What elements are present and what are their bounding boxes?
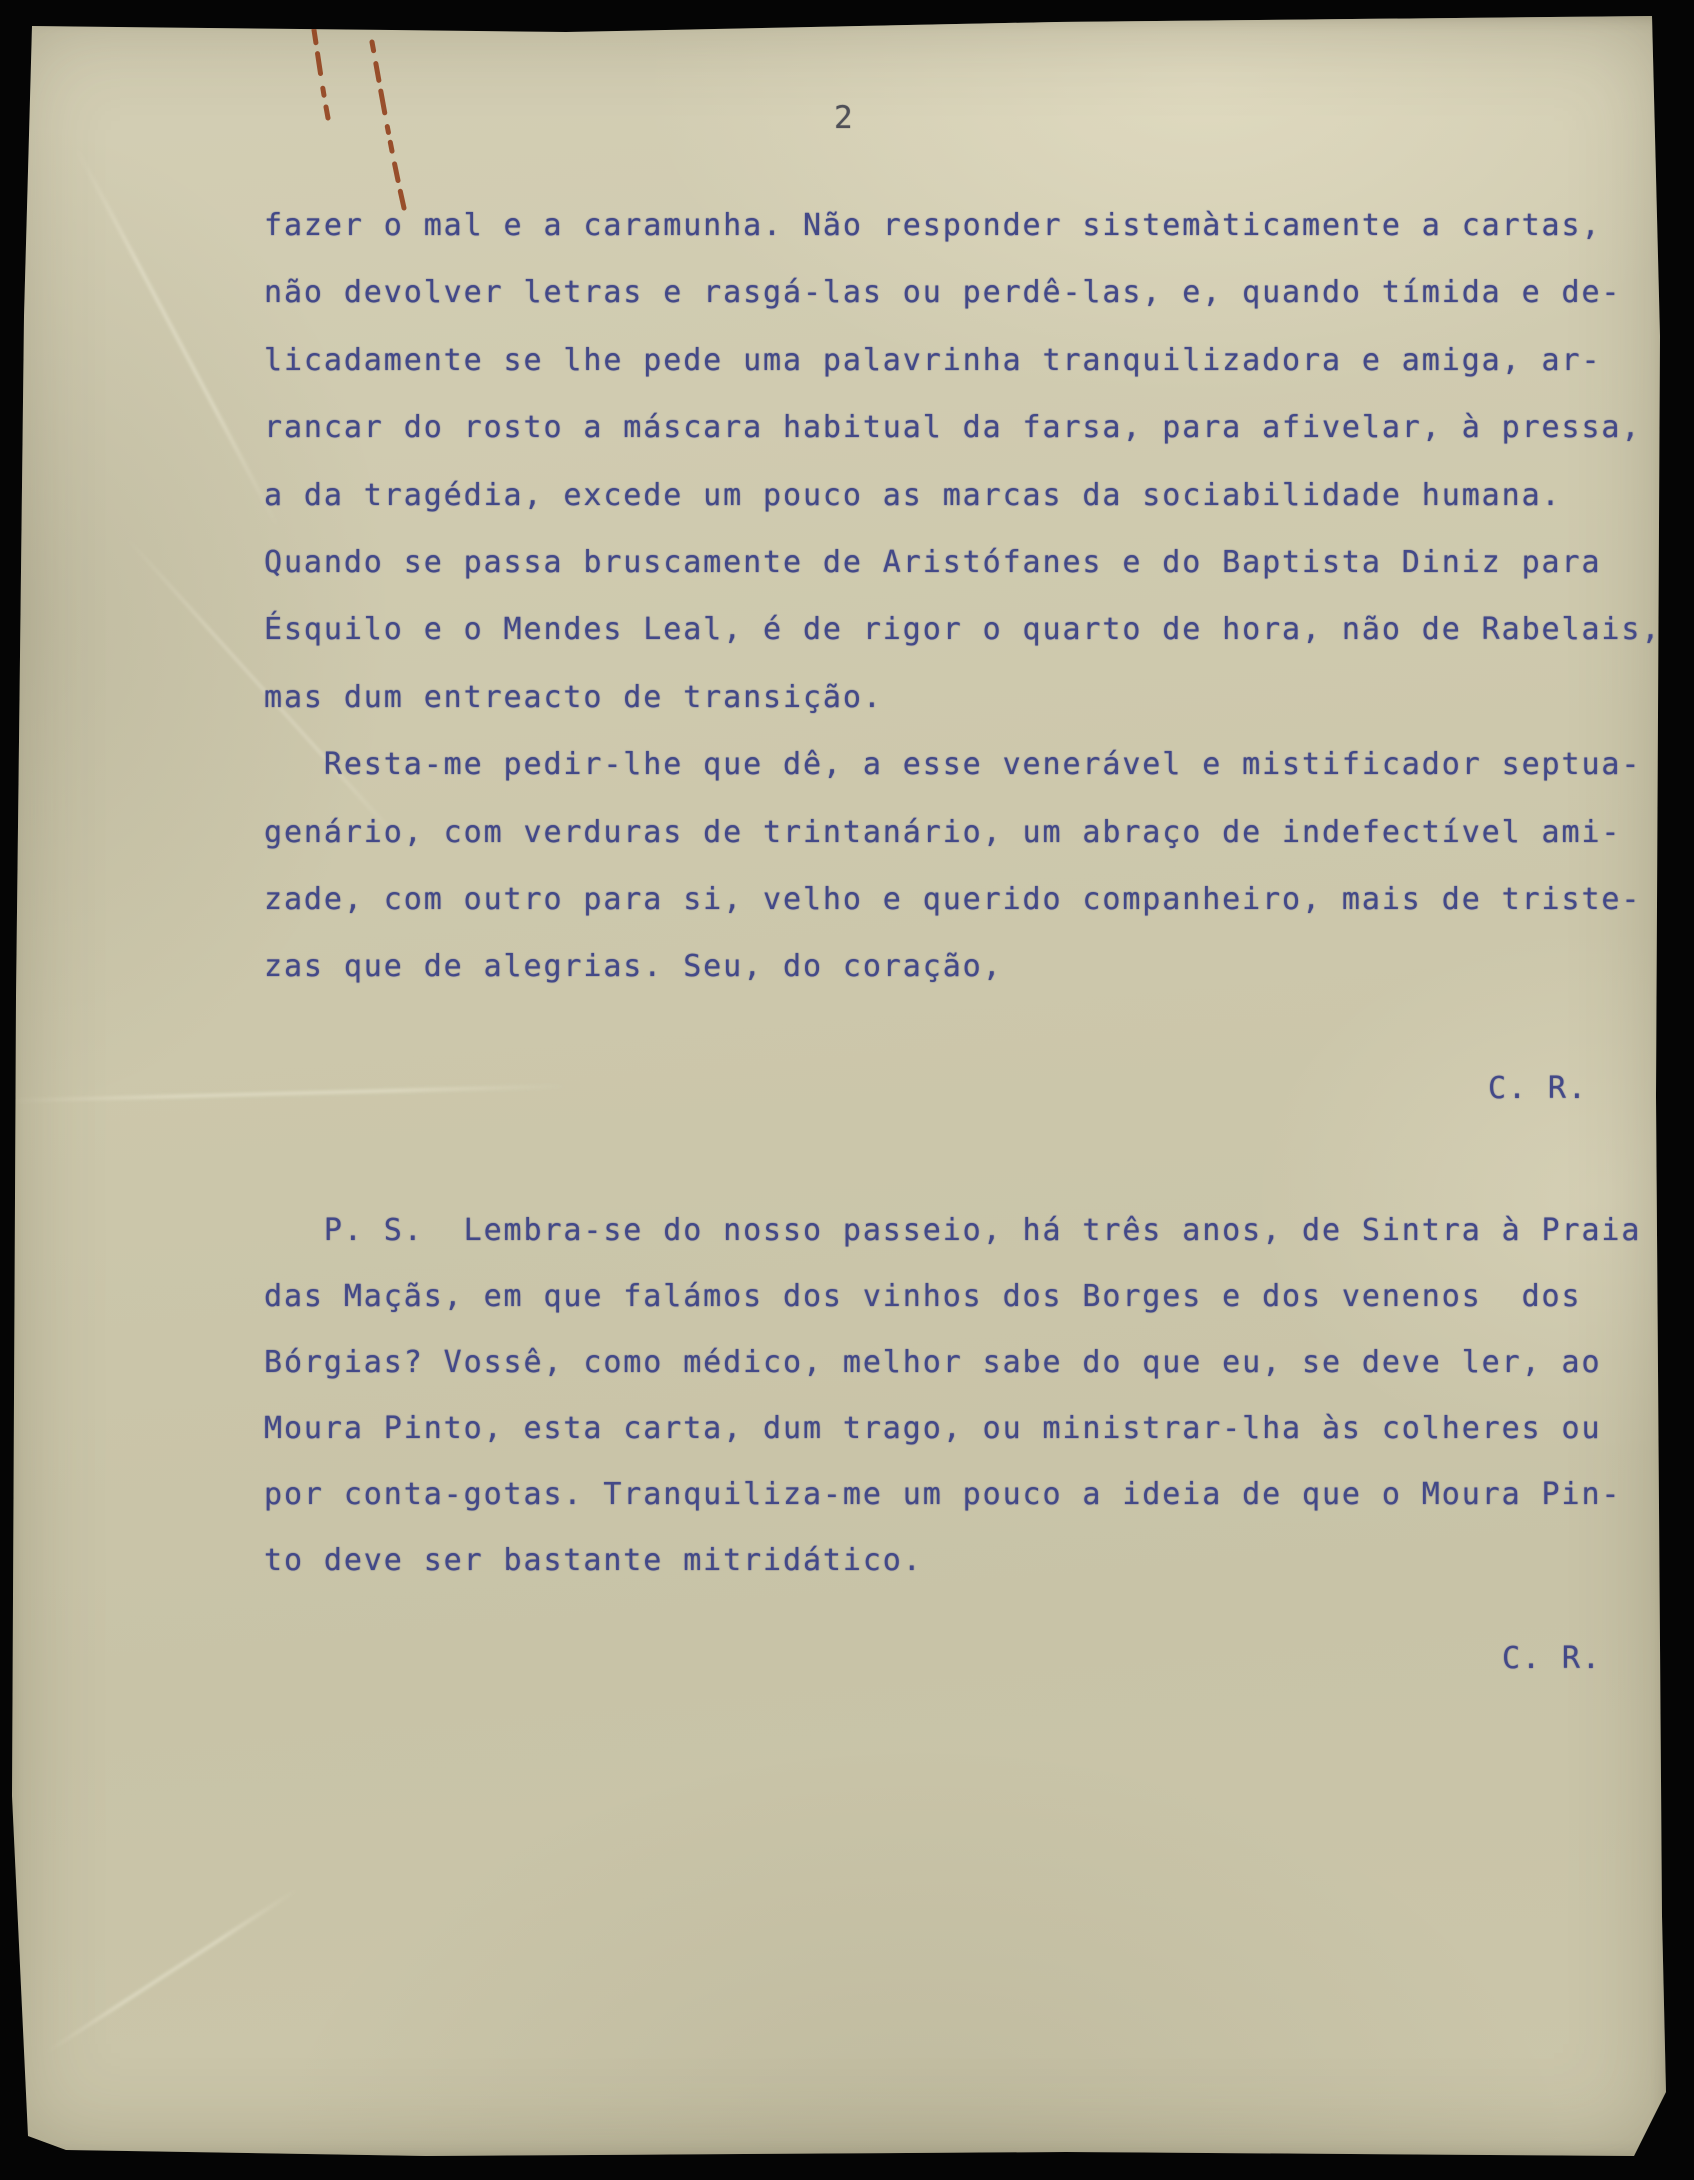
typed-line: zade, com outro para si, velho e querido…	[264, 866, 1661, 933]
postscript-line: Moura Pinto, esta carta, dum trago, ou m…	[264, 1396, 1641, 1462]
typed-line: mas dum entreacto de transição.	[264, 664, 1661, 731]
postscript: P. S. Lembra-se do nosso passeio, há trê…	[264, 1198, 1641, 1594]
typed-line: a da tragédia, excede um pouco as marcas…	[264, 462, 1661, 529]
postscript-line: P. S. Lembra-se do nosso passeio, há trê…	[264, 1198, 1641, 1264]
postscript-line: por conta-gotas. Tranquiliza-me um pouco…	[264, 1462, 1641, 1528]
postscript-line: to deve ser bastante mitridático.	[264, 1528, 1641, 1594]
letter-page: 2 fazer o mal e a caramunha. Não respond…	[6, 16, 1668, 2158]
typed-line: não devolver letras e rasgá-las ou perdê…	[264, 259, 1661, 326]
scan-background: 2 fazer o mal e a caramunha. Não respond…	[0, 0, 1694, 2180]
typed-line: fazer o mal e a caramunha. Não responder…	[264, 192, 1661, 259]
typed-line: zas que de alegrias. Seu, do coração,	[264, 933, 1661, 1000]
paper-crease	[75, 147, 280, 528]
rust-stain-right	[372, 42, 404, 208]
page-number: 2	[834, 100, 855, 136]
typed-line: rancar do rosto a máscara habitual da fa…	[264, 394, 1661, 461]
postscript-line: Bórgias? Vossê, como médico, melhor sabe…	[264, 1330, 1641, 1396]
typed-line: Resta-me pedir-lhe que dê, a esse venerá…	[264, 731, 1661, 798]
postscript-line: das Maçãs, em que falámos dos vinhos dos…	[264, 1264, 1641, 1330]
typed-line: genário, com verduras de trintanário, um…	[264, 799, 1661, 866]
rust-stain-left	[314, 30, 328, 118]
typed-line: Quando se passa bruscamente de Aristófan…	[264, 529, 1661, 596]
typed-line: Ésquilo e o Mendes Leal, é de rigor o qu…	[264, 596, 1661, 663]
letter-body: fazer o mal e a caramunha. Não responder…	[264, 192, 1661, 1001]
signature-initials: C. R.	[1488, 1074, 1588, 1104]
paper-crease	[45, 1888, 298, 2054]
typed-line: licadamente se lhe pede uma palavrinha t…	[264, 327, 1661, 394]
paper-crease	[6, 1085, 566, 1103]
postscript-signature-initials: C. R.	[1502, 1644, 1602, 1674]
